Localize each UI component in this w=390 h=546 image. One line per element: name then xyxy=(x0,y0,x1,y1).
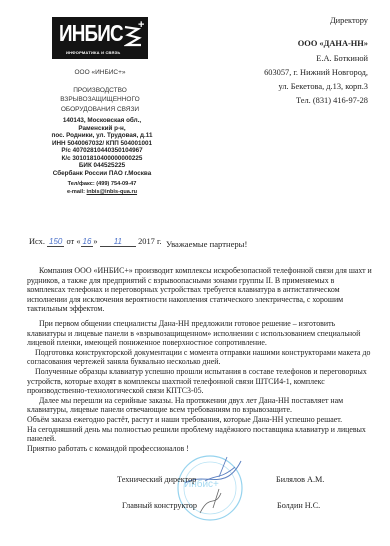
paragraph: Подготовка конструкторской документации … xyxy=(27,348,372,367)
recipient-org: ООО «ДАНА-НН» xyxy=(198,37,368,51)
activity-line: ПРОИЗВОДСТВО xyxy=(50,86,150,95)
address-line: 140143, Московская обл., Раменский р-н, xyxy=(50,117,154,132)
logo-tagline: ИНФОРМАТИКА И СВЯЗЬ xyxy=(66,50,120,55)
activity-line: ВЗРЫВОЗАЩИЩЕННОГО xyxy=(50,95,150,104)
address-line: БИК 044525225 xyxy=(50,162,154,170)
ref-month: 11 xyxy=(100,237,136,247)
ref-year: 2017 г. xyxy=(138,237,161,246)
recipient-person: Е.А. Боткиной xyxy=(198,52,368,66)
paragraph: Объём заказа ежегодно растёт, растут и н… xyxy=(27,415,372,425)
address-line: К/с 30101810400000000225 xyxy=(50,155,154,163)
ref-quote: » xyxy=(93,237,97,246)
sender-activity: ПРОИЗВОДСТВО ВЗРЫВОЗАЩИЩЕННОГО ОБОРУДОВА… xyxy=(50,86,150,114)
paragraph: Далее мы перешли на серийные заказы. На … xyxy=(27,396,372,415)
recipient-address-line: ул. Бекетова, д.13, корп.3 xyxy=(198,80,368,94)
sender-company-name: ООО «ИНБИС+» xyxy=(50,69,150,76)
email-label: e-mail: xyxy=(67,189,87,195)
activity-line: ОБОРУДОВАНИЯ СВЯЗИ xyxy=(50,105,150,114)
greeting: Уважаемые партнеры! xyxy=(166,239,247,249)
zigzag-logo-icon xyxy=(124,25,142,47)
company-logo: ИНБИС + ИНФОРМАТИКА И СВЯЗЬ xyxy=(52,17,148,59)
paragraph: На сегодняшний день мы полностью решили … xyxy=(27,425,372,444)
recipient-address-line: 603057, г. Нижний Новгород, xyxy=(198,66,368,80)
recipient-title: Директору xyxy=(198,14,368,28)
signatory-title: Технический директор xyxy=(117,475,196,484)
recipient-block: Директору ООО «ДАНА-НН» Е.А. Боткиной 60… xyxy=(198,14,368,109)
letter-body: Компания ООО «ИНБИС+» производит комплек… xyxy=(27,266,372,453)
email-link[interactable]: inbis@inbis-qua.ru xyxy=(87,189,138,195)
company-stamp-icon: Инбис+ xyxy=(175,453,245,523)
outgoing-reference: Исх. 150 от «16» 11 2017 г. xyxy=(29,237,162,246)
paragraph: При первом общении специалисты Дана-НН п… xyxy=(27,319,372,348)
sender-phone: Тел/факс: (499) 754-09-47 xyxy=(50,180,154,188)
address-line: Р/с 40702810440350104967 xyxy=(50,147,154,155)
paragraph: Приятно работать с командой профессионал… xyxy=(27,444,372,454)
sender-email-row: e-mail: inbis@inbis-qua.ru xyxy=(50,188,154,196)
signatory-name: Болдин Н.С. xyxy=(277,501,320,510)
sender-contacts: Тел/факс: (499) 754-09-47 e-mail: inbis@… xyxy=(50,180,154,196)
paragraph: Полученные образцы клавиатур успешно про… xyxy=(27,367,372,396)
sender-address-block: 140143, Московская обл., Раменский р-н, … xyxy=(50,117,154,177)
ref-prefix: Исх. xyxy=(29,237,45,246)
address-line: Сбербанк России ПАО г.Москва xyxy=(50,170,154,178)
ref-day: 16 xyxy=(81,237,94,247)
recipient-phone: Тел. (831) 416-97-28 xyxy=(198,94,368,108)
signatory-name: Билялов А.М. xyxy=(276,475,324,484)
address-line: пос. Родники, ул. Трудовая, д.11 xyxy=(50,132,154,140)
paragraph: Компания ООО «ИНБИС+» производит комплек… xyxy=(27,266,372,314)
ref-number: 150 xyxy=(47,237,64,247)
address-line: ИНН 5040067032/ КПП 504001001 xyxy=(50,140,154,148)
logo-wordmark: ИНБИС xyxy=(59,20,123,47)
signatory-title: Главный конструктор xyxy=(122,501,197,510)
ref-from: от « xyxy=(66,237,80,246)
